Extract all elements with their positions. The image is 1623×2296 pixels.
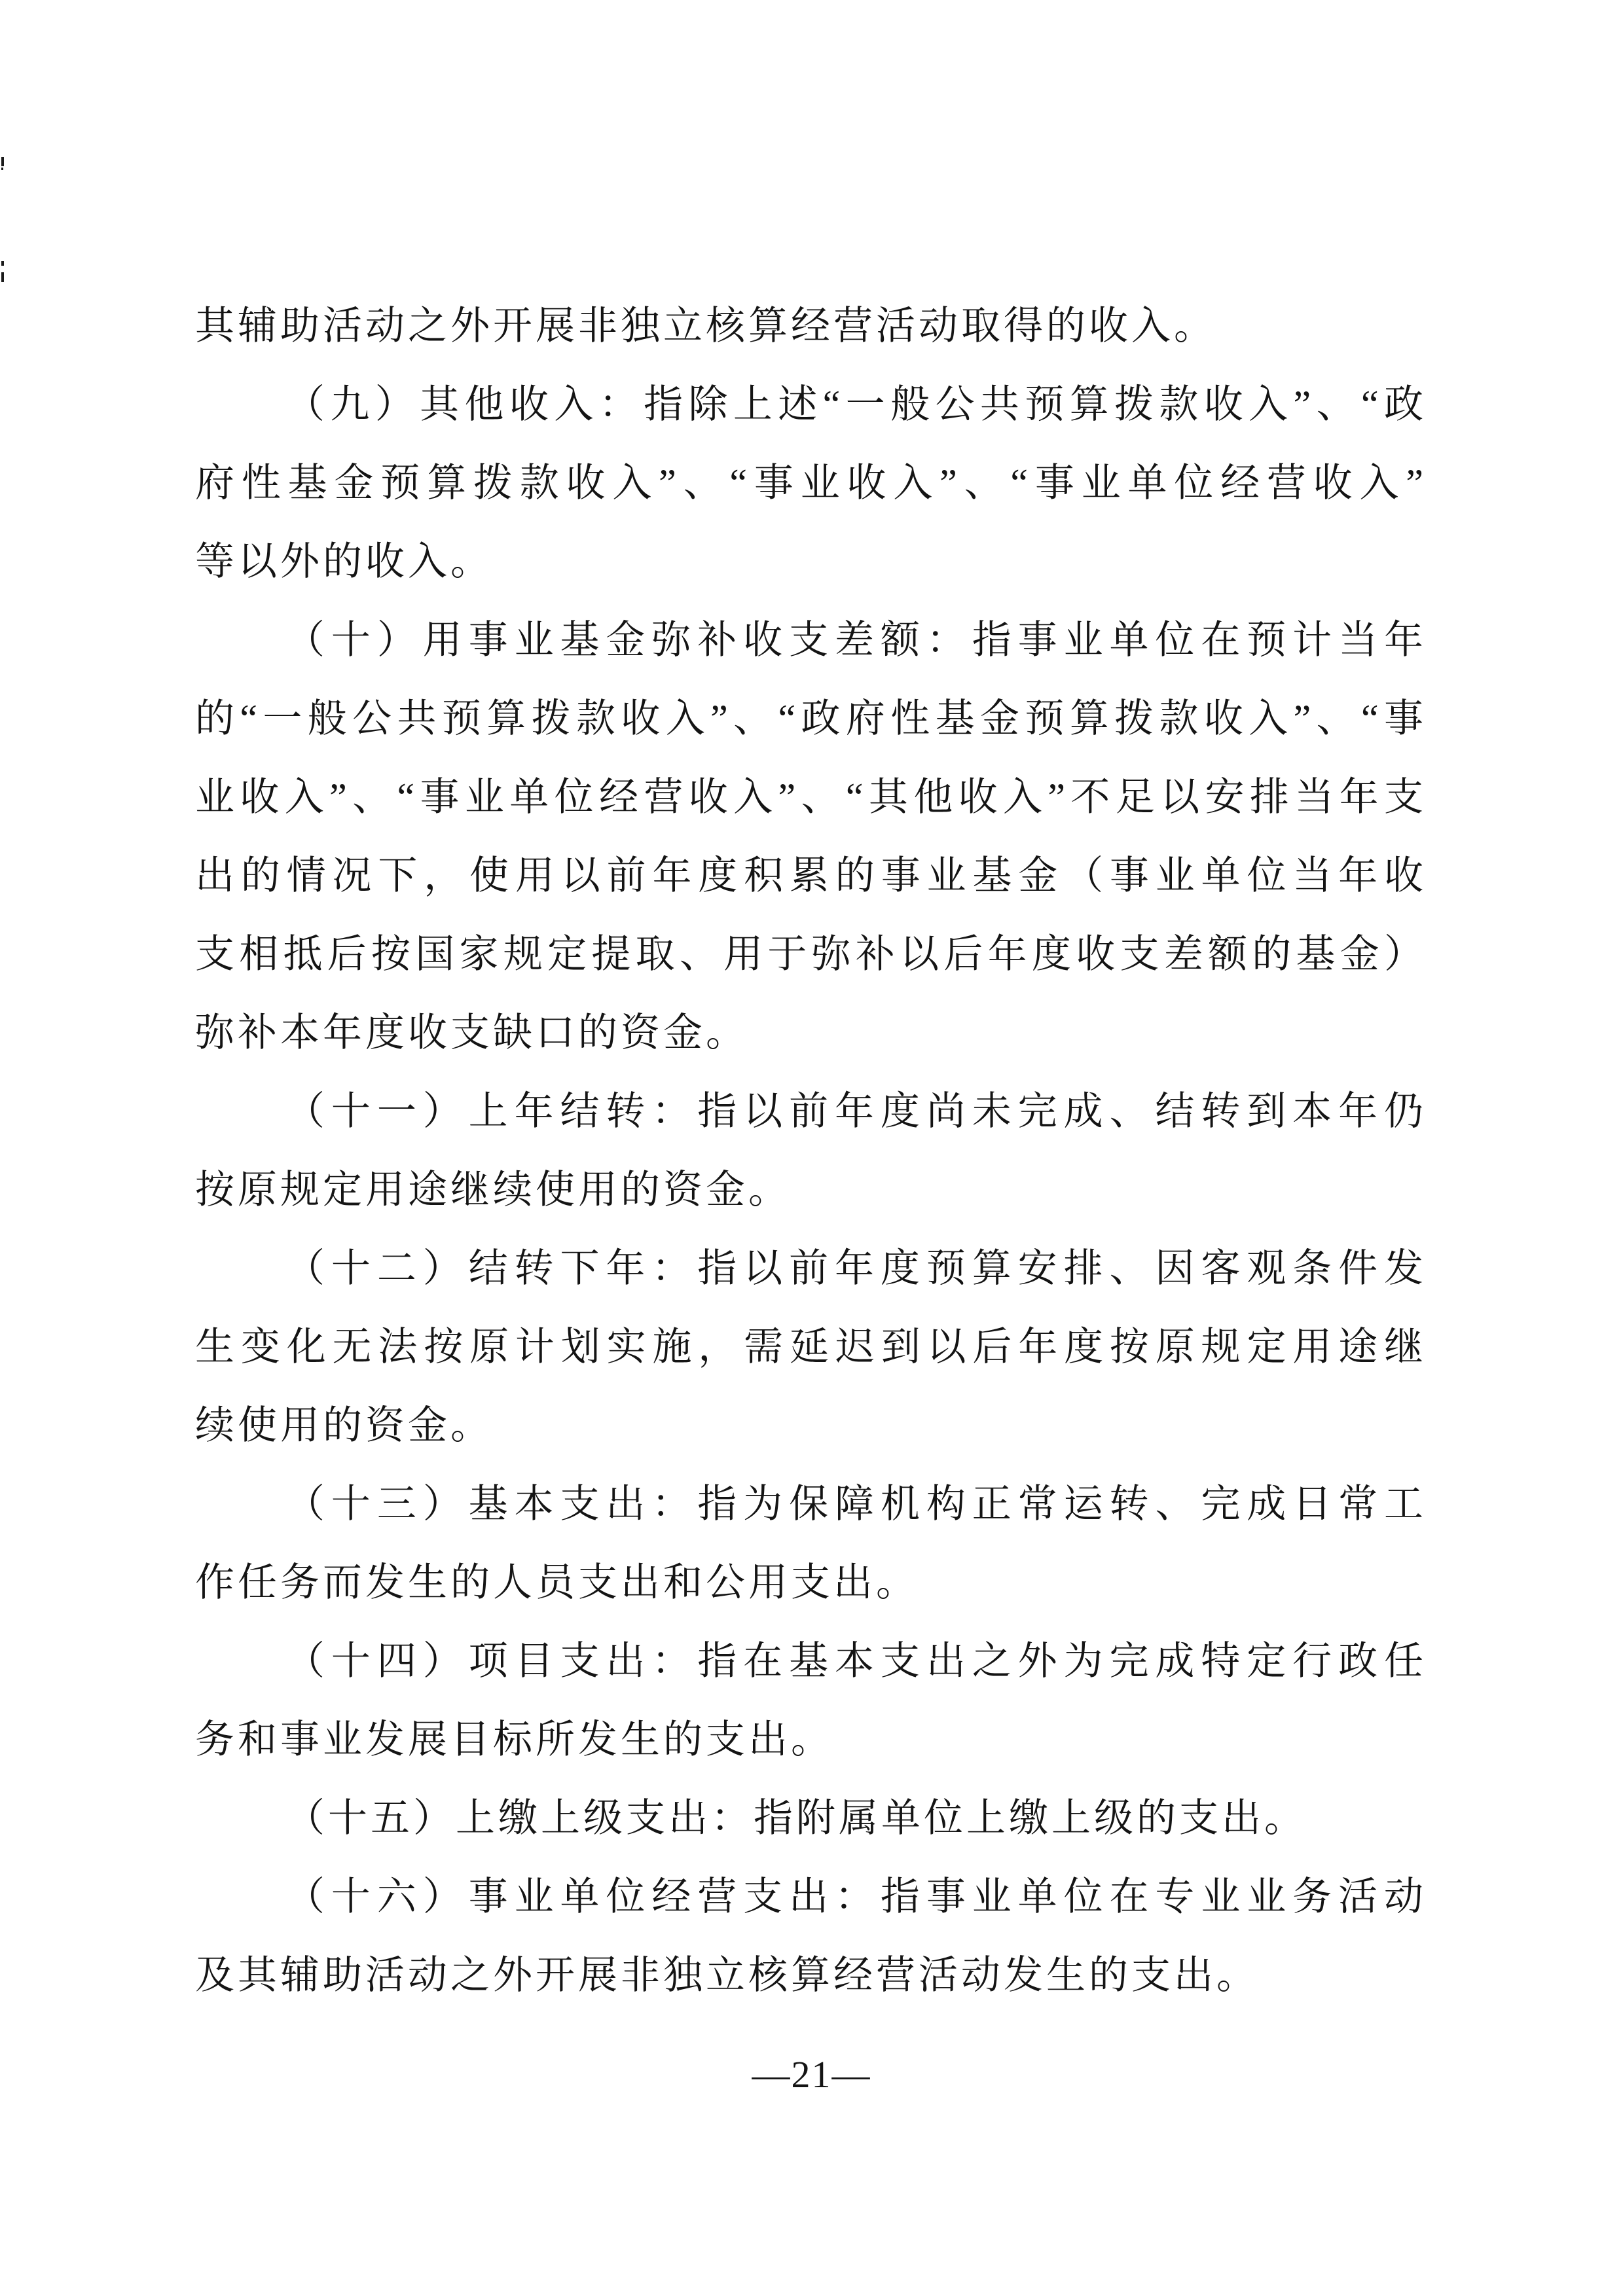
text-line: （十四）项目支出：指在基本支出之外为完成特定行政任: [195, 1622, 1425, 1700]
text-line: （十三）基本支出：指为保障机构正常运转、完成日常工: [195, 1465, 1425, 1543]
text-line: 等以外的收入。: [195, 522, 1425, 601]
text-line: 出的情况下，使用以前年度积累的事业基金（事业单位当年收: [195, 836, 1425, 915]
text-line: 续使用的资金。: [195, 1386, 1425, 1465]
document-body: 其辅助活动之外开展非独立核算经营活动取得的收入。（九）其他收入：指除上述“一般公…: [195, 287, 1425, 2015]
text-line: 按原规定用途继续使用的资金。: [195, 1151, 1425, 1229]
text-line: 的“一般公共预算拨款收入”、“政府性基金预算拨款收入”、“事: [195, 679, 1425, 758]
text-line: 支相抵后按国家规定提取、用于弥补以后年度收支差额的基金）: [195, 915, 1425, 994]
scan-artifact: [1, 272, 4, 282]
scan-artifact: [1, 157, 4, 166]
text-line: （十五）上缴上级支出：指附属单位上缴上级的支出。: [195, 1779, 1425, 1857]
text-line: （十一）上年结转：指以前年度尚未完成、结转到本年仍: [195, 1072, 1425, 1151]
text-line: 其辅助活动之外开展非独立核算经营活动取得的收入。: [195, 287, 1425, 365]
text-line: 务和事业发展目标所发生的支出。: [195, 1700, 1425, 1779]
text-line: （九）其他收入：指除上述“一般公共预算拨款收入”、“政: [195, 365, 1425, 444]
text-line: 作任务而发生的人员支出和公用支出。: [195, 1543, 1425, 1622]
page-number: —21—: [0, 2049, 1623, 2101]
text-line: 府性基金预算拨款收入”、“事业收入”、“事业单位经营收入”: [195, 444, 1425, 522]
text-line: 生变化无法按原计划实施，需延迟到以后年度按原规定用途继: [195, 1308, 1425, 1386]
document-page: 其辅助活动之外开展非独立核算经营活动取得的收入。（九）其他收入：指除上述“一般公…: [0, 0, 1623, 2296]
text-line: 业收入”、“事业单位经营收入”、“其他收入”不足以安排当年支: [195, 758, 1425, 836]
text-line: （十六）事业单位经营支出：指事业单位在专业业务活动: [195, 1857, 1425, 1936]
scan-artifact: [1, 168, 3, 170]
scan-artifact: [1, 261, 4, 266]
text-line: （十二）结转下年：指以前年度预算安排、因客观条件发: [195, 1229, 1425, 1308]
text-line: （十）用事业基金弥补收支差额：指事业单位在预计当年: [195, 601, 1425, 679]
text-line: 弥补本年度收支缺口的资金。: [195, 994, 1425, 1072]
text-line: 及其辅助活动之外开展非独立核算经营活动发生的支出。: [195, 1936, 1425, 2015]
